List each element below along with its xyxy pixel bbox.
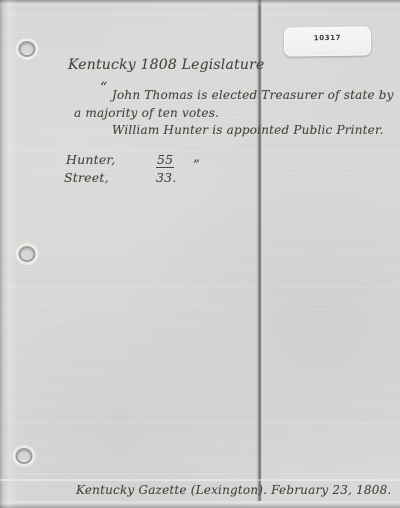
vertical-fold-crease [256, 0, 263, 501]
catalog-number: 10317 [284, 33, 371, 42]
scanned-note-page: 10317 Kentucky 1808 Legislature “ John T… [0, 0, 400, 508]
page-left-edge [0, 0, 18, 508]
tally-name-hunter: Hunter, [66, 152, 115, 167]
note-body-line-2: a majority of ten votes. [74, 106, 219, 120]
punch-hole-top [19, 41, 36, 57]
note-body-line-1: John Thomas is elected Treasurer of stat… [112, 88, 394, 102]
punch-hole-middle [19, 246, 36, 262]
note-body-line-3: William Hunter is appointed Public Print… [112, 123, 384, 137]
page-top-edge [0, 0, 400, 6]
punch-hole-bottom [16, 448, 33, 464]
tally-name-street: Street, [64, 170, 109, 185]
tally-value-street: 33. [156, 170, 176, 185]
note-title: Kentucky 1808 Legislature [68, 57, 264, 73]
page-bottom-edge [0, 500, 400, 508]
tally-value-hunter: 55 [156, 152, 174, 168]
opening-quote-mark: “ [100, 80, 107, 96]
catalog-sticker: 10317 [284, 26, 371, 56]
closing-quote-mark: ” [193, 158, 200, 173]
source-citation: Kentucky Gazette (Lexington). February 2… [76, 483, 391, 497]
faint-rule-line [0, 479, 400, 481]
